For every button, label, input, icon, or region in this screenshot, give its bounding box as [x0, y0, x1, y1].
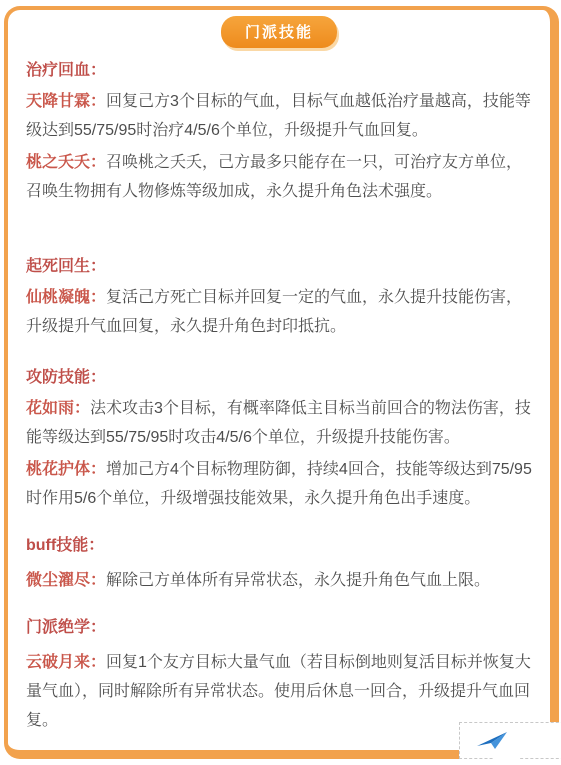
skill-paragraph: 花如雨：法术攻击3个目标，有概率降低主目标当前回合的物法伤害，技能等级达到55/… [26, 394, 532, 452]
skill-name: 微尘濯尽： [26, 572, 106, 589]
skill-name: 天降甘霖： [26, 93, 106, 110]
section-heading-buff: buff技能： [26, 531, 532, 560]
skill-desc: 法术攻击3个目标，有概率降低主目标当前回合的物法伤害，技能等级达到55/75/9… [26, 400, 531, 446]
section-heading-ultimate: 门派绝学： [26, 613, 532, 642]
skill-paragraph: 桃花护体：增加己方4个目标物理防御，持续4回合，技能等级达到75/95时作用5/… [26, 455, 532, 513]
skill-name: 云破月来： [26, 654, 106, 671]
skill-desc: 解除己方单体所有异常状态，永久提升角色气血上限。 [106, 572, 490, 589]
skill-paragraph: 天降甘霖：回复己方3个目标的气血，目标气血越低治疗量越高，技能等级达到55/75… [26, 87, 532, 145]
section-heading-heal: 治疗回血： [26, 56, 532, 85]
blue-paper-plane-arrow-icon [474, 729, 514, 755]
section-badge: 门派技能 [221, 16, 337, 48]
skill-paragraph: 桃之夭夭：召唤桃之夭夭，己方最多只能存在一只，可治疗友方单位，召唤生物拥有人物修… [26, 148, 532, 206]
share-popup[interactable] [459, 722, 561, 759]
skill-name: 仙桃凝魄： [26, 289, 106, 306]
skill-paragraph: 微尘濯尽：解除己方单体所有异常状态，永久提升角色气血上限。 [26, 566, 532, 595]
section-heading-attack-defense: 攻防技能： [26, 363, 532, 392]
skill-paragraph: 仙桃凝魄：复活己方死亡目标并回复一定的气血，永久提升技能伤害，升级提升气血回复，… [26, 283, 532, 341]
skill-name: 花如雨： [26, 400, 90, 417]
article-frame: 门派技能 治疗回血： 天降甘霖：回复己方3个目标的气血，目标气血越低治疗量越高，… [4, 6, 559, 759]
article-content: 门派技能 治疗回血： 天降甘霖：回复己方3个目标的气血，目标气血越低治疗量越高，… [8, 10, 550, 735]
section-heading-revive: 起死回生： [26, 252, 532, 281]
skill-name: 桃花护体： [26, 461, 106, 478]
section-badge-wrap: 门派技能 [26, 16, 532, 48]
skill-paragraph: 云破月来：回复1个友方目标大量气血（若目标倒地则复活目标并恢复大量气血），同时解… [26, 648, 532, 735]
skill-name: 桃之夭夭： [26, 154, 106, 171]
